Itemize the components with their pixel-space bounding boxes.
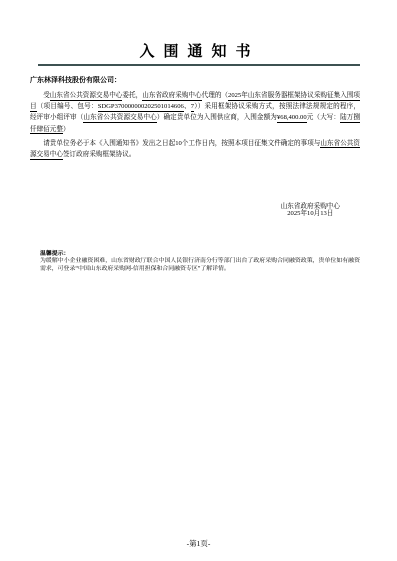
text-segment: ） [63,126,70,133]
filled-blank-text: ¥68,400.00 [277,114,307,123]
signature-block: 山东省政府采购中心 2025年10月13日 [30,202,360,220]
filled-blank-text: 山东省公共资源交易中心 [83,114,156,123]
title-divider [38,64,360,66]
filled-blank-text: 山东省政府采购中心 [142,92,201,101]
text-segment: （项目编号、包号： [37,103,98,110]
filled-blank-text: 山东省公共资源交易中心 [50,92,123,101]
text-segment: 代理的（ [202,92,228,99]
recipient-line: 广东林泽科技股份有限公司： [30,76,360,85]
text-segment: 、 [184,103,191,110]
text-segment: 请贵单位务必于本《入围通知书》发出之日起10个工作日内，按照本项目征集文件确定的… [43,140,320,147]
text-segment: 受 [43,92,50,99]
signature-date: 2025年10月13日 [281,210,340,218]
text-segment: 元（大写： [307,114,340,121]
notice-body: 为缓解中小企业融资困难，山东省财政厅联合中国人民银行济南分行等部门出台了政府采购… [40,258,360,272]
filled-blank-text: SDGP370000000202501014606 [98,103,184,112]
paragraph-signing-instruction: 请贵单位务必于本《入围通知书》发出之日起10个工作日内，按照本项目征集文件确定的… [30,138,360,160]
text-segment: ）确定贵单位为入围供应商，入围金额为 [157,114,277,121]
paragraph-award-notice: 受山东省公共资源交易中心委托，山东省政府采购中心代理的（2025年山东省服务器框… [30,90,360,135]
notice-block: 温馨提示： 为缓解中小企业融资困难，山东省财政厅联合中国人民银行济南分行等部门出… [40,251,360,273]
text-segment: 签订政府采购框架协议。 [63,151,136,158]
document-content: 入围通知书 广东林泽科技股份有限公司： 受山东省公共资源交易中心委托，山东省政府… [30,0,360,273]
page-title: 入围通知书 [30,44,360,61]
signature-inner: 山东省政府采购中心 2025年10月13日 [281,203,340,218]
text-segment: 委托， [122,92,142,99]
document-page: 入围通知书 广东林泽科技股份有限公司： 受山东省公共资源交易中心委托，山东省政府… [0,0,397,561]
page-number: -第1页- [0,539,397,548]
